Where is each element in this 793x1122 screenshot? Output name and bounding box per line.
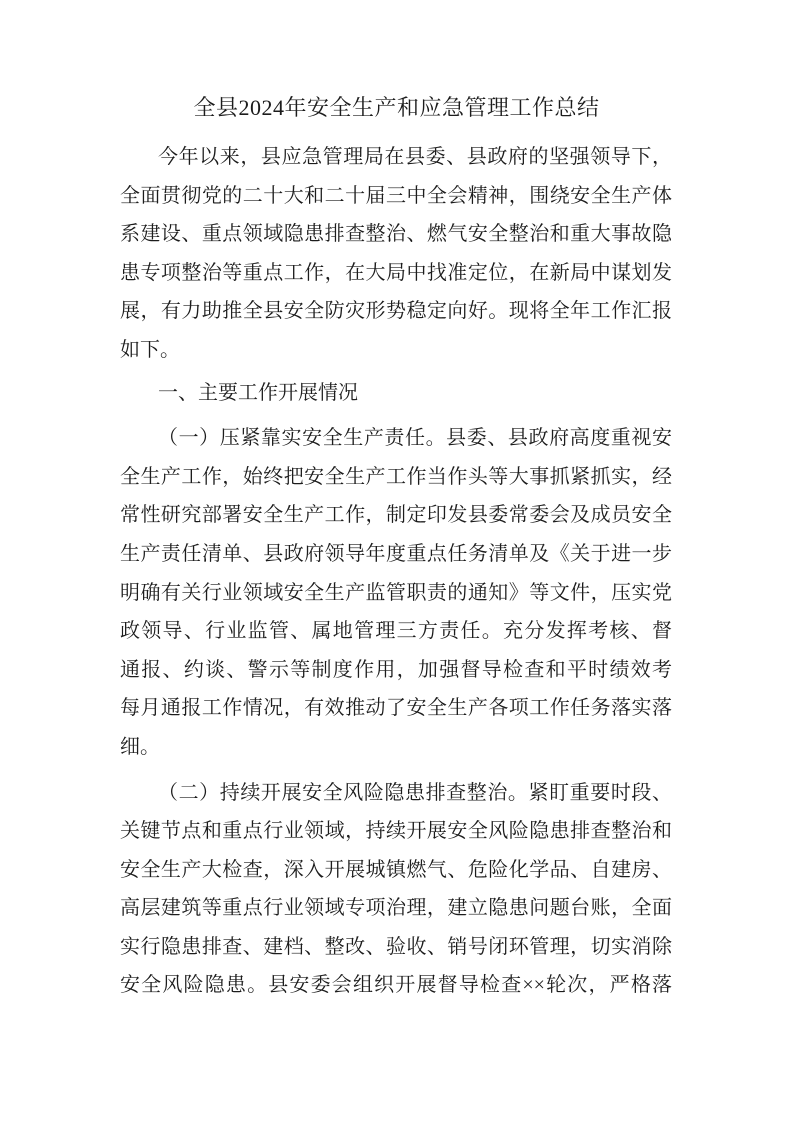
text-line: 政领导、行业监管、属地管理三方责任。充分发挥考核、督查、	[120, 612, 672, 651]
intro-paragraph: 今年以来，县应急管理局在县委、县政府的坚强领导下， 全面贯彻党的二十大和二十届三…	[120, 138, 672, 370]
document-body: 今年以来，县应急管理局在县委、县政府的坚强领导下， 全面贯彻党的二十大和二十届三…	[120, 138, 672, 1005]
document-page: 全县2024年安全生产和应急管理工作总结 今年以来，县应急管理局在县委、县政府的…	[0, 0, 793, 1122]
text-line: 常性研究部署安全生产工作，制定印发县委常委会及成员安全	[120, 496, 672, 535]
section-heading: 一、主要工作开展情况	[120, 374, 672, 413]
text-line: 细。	[120, 728, 672, 767]
text-line: 关键节点和重点行业领域，持续开展安全风险隐患排查整治和	[120, 812, 672, 851]
text-line: （一）压紧靠实安全生产责任。县委、县政府高度重视安	[120, 419, 672, 458]
text-line: 如下。	[120, 331, 672, 370]
text-line: 今年以来，县应急管理局在县委、县政府的坚强领导下，	[120, 138, 672, 177]
text-line: 每月通报工作情况，有效推动了安全生产各项工作任务落实落	[120, 689, 672, 728]
section-1-paragraph-1: （一）压紧靠实安全生产责任。县委、县政府高度重视安 全生产工作，始终把安全生产工…	[120, 419, 672, 766]
text-line: 明确有关行业领域安全生产监管职责的通知》等文件，压实党	[120, 574, 672, 613]
text-line: 实行隐患排查、建档、整改、验收、销号闭环管理，切实消除	[120, 928, 672, 967]
text-line: 生产责任清单、县政府领导年度重点任务清单及《关于进一步	[120, 535, 672, 574]
text-line: 通报、约谈、警示等制度作用，加强督导检查和平时绩效考核，	[120, 651, 672, 690]
text-line: 全面贯彻党的二十大和二十届三中全会精神，围绕安全生产体	[120, 177, 672, 216]
text-line: 系建设、重点领域隐患排查整治、燃气安全整治和重大事故隐	[120, 215, 672, 254]
text-line: 高层建筑等重点行业领域专项治理，建立隐患问题台账，全面	[120, 889, 672, 928]
text-line: （二）持续开展安全风险隐患排查整治。紧盯重要时段、	[120, 774, 672, 813]
section-1-heading-block: 一、主要工作开展情况	[120, 374, 672, 413]
document-title: 全县2024年安全生产和应急管理工作总结	[0, 0, 793, 123]
text-line: 全生产工作，始终把安全生产工作当作头等大事抓紧抓实，经	[120, 458, 672, 497]
text-line: 展，有力助推全县安全防灾形势稳定向好。现将全年工作汇报	[120, 292, 672, 331]
section-1-paragraph-2: （二）持续开展安全风险隐患排查整治。紧盯重要时段、 关键节点和重点行业领域，持续…	[120, 774, 672, 1006]
text-line: 患专项整治等重点工作，在大局中找准定位，在新局中谋划发	[120, 254, 672, 293]
text-line: 安全生产大检查，深入开展城镇燃气、危险化学品、自建房、	[120, 851, 672, 890]
text-line: 安全风险隐患。县安委会组织开展督导检查××轮次，严格落	[120, 966, 672, 1005]
